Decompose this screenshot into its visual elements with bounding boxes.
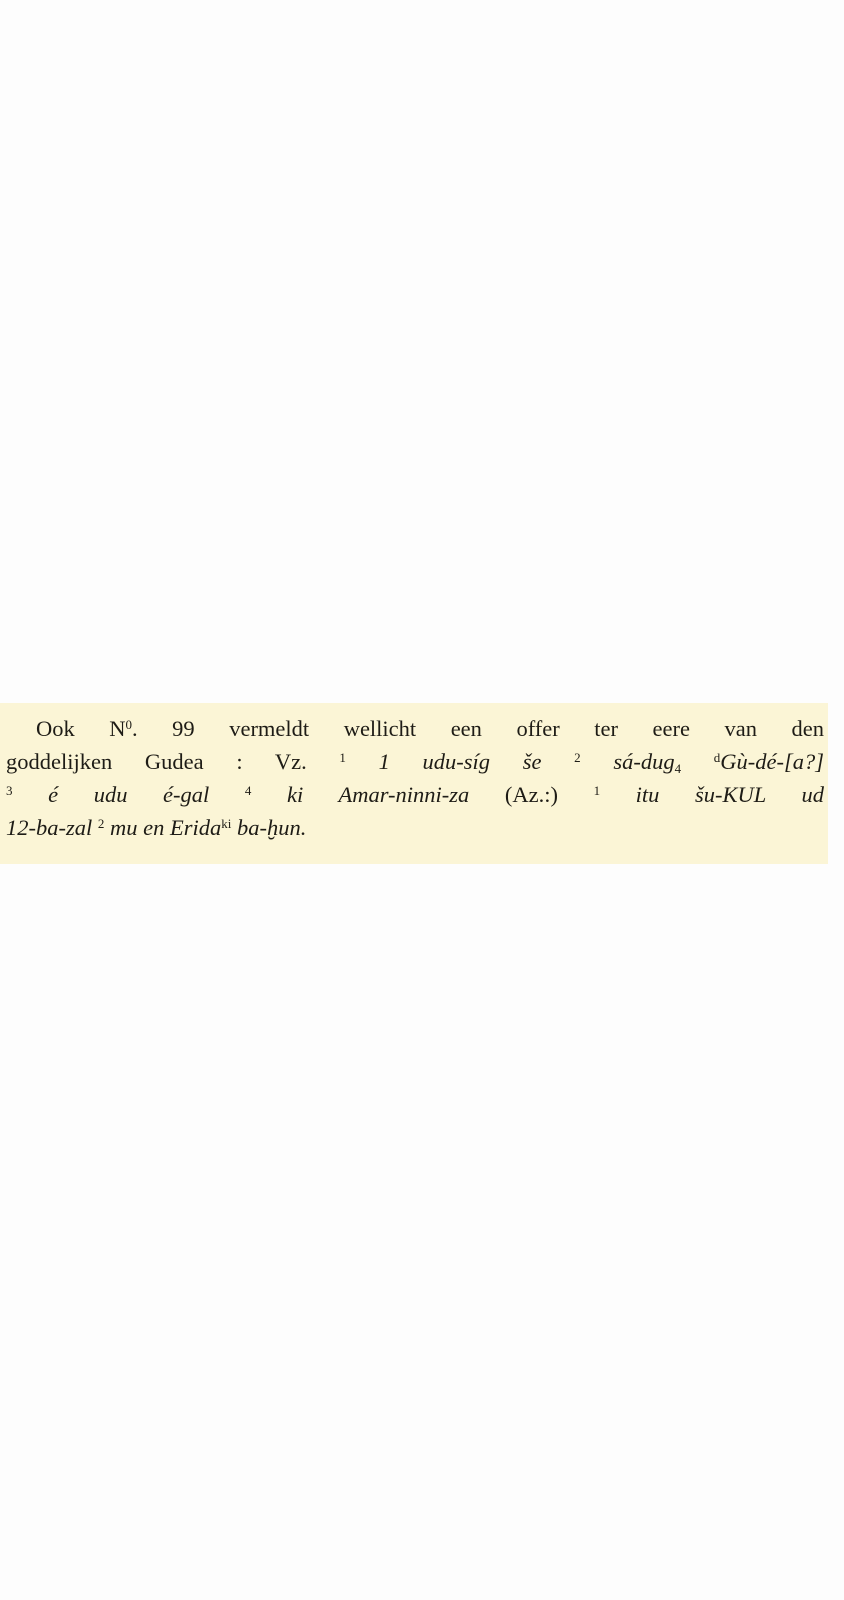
space — [681, 749, 714, 774]
text-excerpt: Ook N0. 99 vermeldt wellicht een offer t… — [0, 703, 828, 864]
transliteration: sá-dug — [581, 749, 675, 774]
paragraph-line-2: goddelijken Gudea : Vz. 1 1 udu-síg še 2… — [6, 741, 824, 774]
transliteration: ki Amar-ninni-za — [251, 782, 504, 807]
text-run: (Az.:) — [505, 782, 594, 807]
transliteration: 12-ba-zal — [6, 815, 98, 840]
transliteration: Gù-dé-[a?] — [720, 749, 824, 774]
text-run: goddelijken Gudea : Vz. — [6, 749, 339, 774]
paragraph-line-1: Ook N0. 99 vermeldt wellicht een offer t… — [6, 708, 824, 741]
transliteration: 1 udu-síg še — [346, 749, 574, 774]
paragraph-line-4: 12-ba-zal 2 mu en Eridaki ba-ḫun. — [6, 807, 824, 840]
transliteration: ba-ḫun. — [231, 815, 306, 840]
place-determinative: ki — [221, 816, 231, 831]
transliteration: é udu é-gal — [13, 782, 245, 807]
transliteration: itu šu-KUL ud — [600, 782, 824, 807]
paragraph-line-3: 3 é udu é-gal 4 ki Amar-ninni-za (Az.:) … — [6, 774, 824, 807]
transliteration: mu en Erida — [104, 815, 221, 840]
text-run: Ook N — [36, 716, 126, 741]
text-run: . 99 vermeldt wellicht een offer ter eer… — [132, 716, 824, 741]
